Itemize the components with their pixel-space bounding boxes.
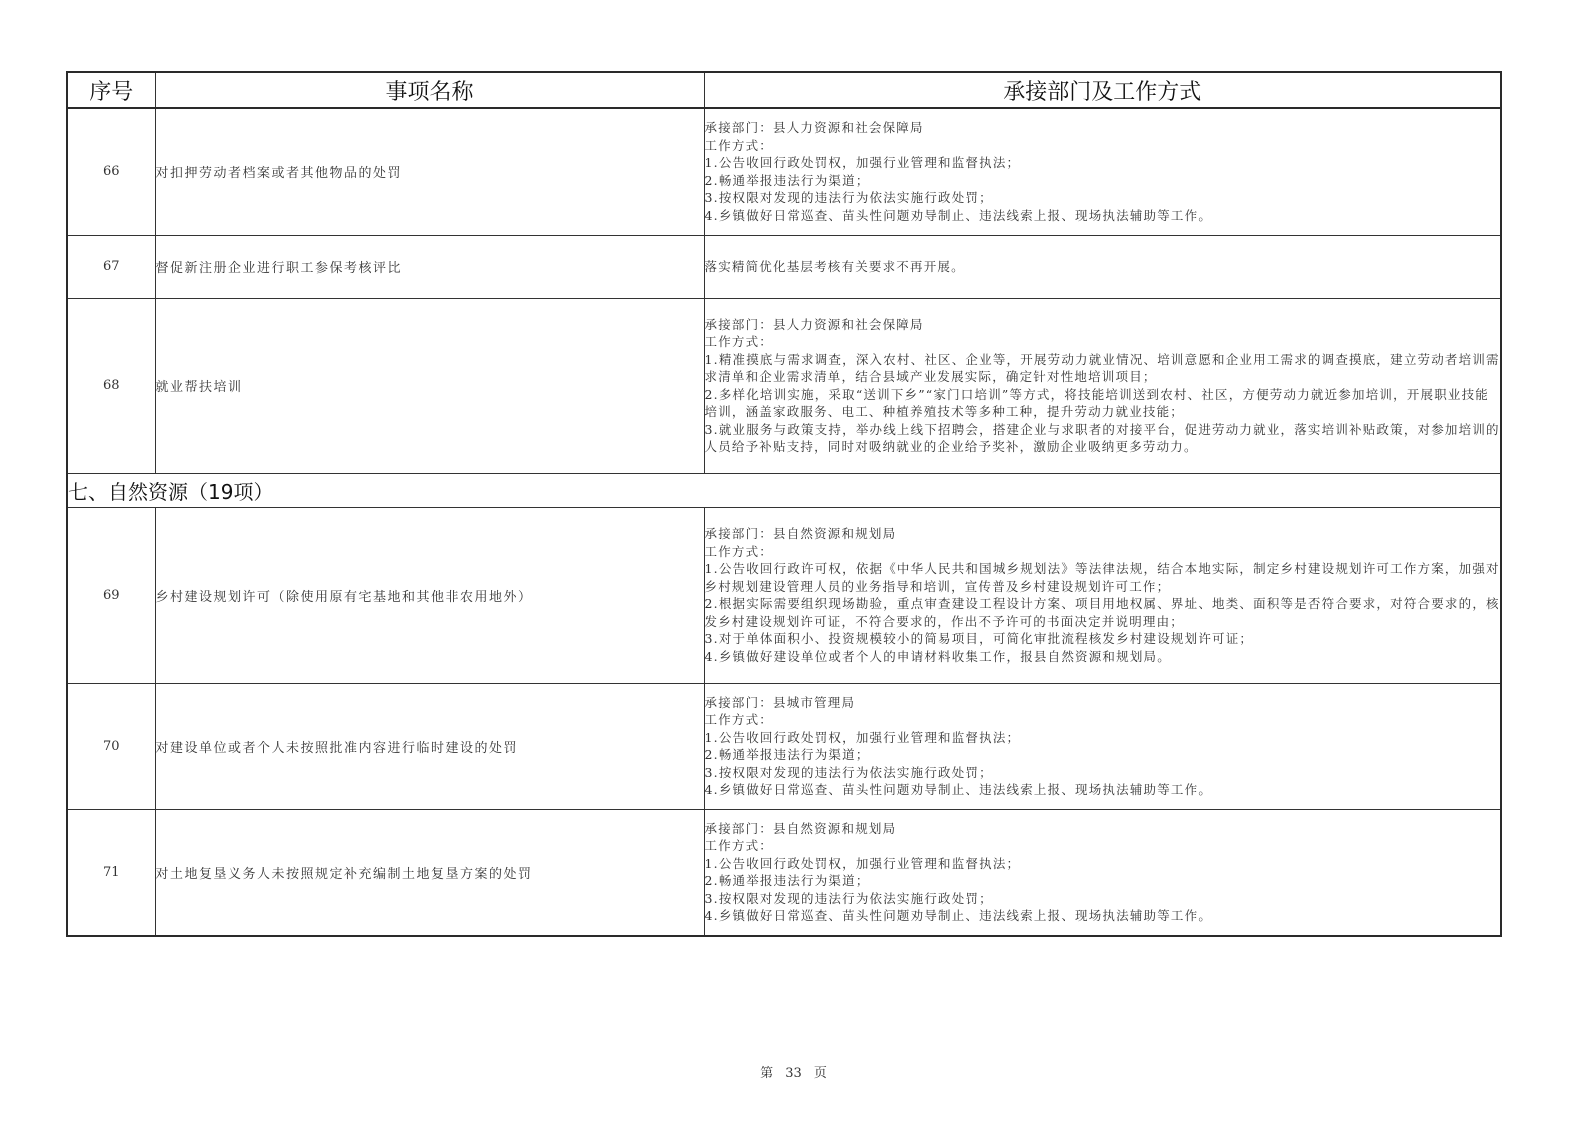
- method-line: 工作方式：: [705, 137, 1501, 155]
- method-line: 工作方式：: [705, 711, 1501, 729]
- method-line: 2.畅通举报违法行为渠道；: [705, 872, 1501, 890]
- method-line: 承接部门：县自然资源和规划局: [705, 820, 1501, 838]
- page-footer: 第 33 页: [0, 1062, 1587, 1081]
- header-department-method: 承接部门及工作方式: [704, 72, 1501, 108]
- method-line: 1.精准摸底与需求调查，深入农村、社区、企业等，开展劳动力就业情况、培训意愿和企…: [705, 351, 1501, 386]
- row-method: 落实精简优化基层考核有关要求不再开展。: [704, 235, 1501, 298]
- row-number: 69: [67, 507, 155, 683]
- method-line: 工作方式：: [705, 837, 1501, 855]
- method-line: 4.乡镇做好日常巡查、苗头性问题劝导制止、违法线索上报、现场执法辅助等工作。: [705, 907, 1501, 925]
- row-method: 承接部门：县人力资源和社会保障局 工作方式： 1.公告收回行政处罚权，加强行业管…: [704, 108, 1501, 235]
- table-row: 68 就业帮扶培训 承接部门：县人力资源和社会保障局 工作方式： 1.精准摸底与…: [67, 298, 1501, 473]
- table-row: 67 督促新注册企业进行职工参保考核评比 落实精简优化基层考核有关要求不再开展。: [67, 235, 1501, 298]
- table-row: 70 对建设单位或者个人未按照批准内容进行临时建设的处罚 承接部门：县城市管理局…: [67, 683, 1501, 809]
- page-number: 33: [785, 1066, 802, 1081]
- method-line: 3.按权限对发现的违法行为依法实施行政处罚；: [705, 764, 1501, 782]
- method-line: 2.畅通举报违法行为渠道；: [705, 746, 1501, 764]
- method-line: 3.按权限对发现的违法行为依法实施行政处罚；: [705, 189, 1501, 207]
- method-line: 承接部门：县自然资源和规划局: [705, 525, 1501, 543]
- row-item-name: 对建设单位或者个人未按照批准内容进行临时建设的处罚: [155, 683, 704, 809]
- method-line: 2.根据实际需要组织现场勘验，重点审查建设工程设计方案、项目用地权属、界址、地类…: [705, 595, 1501, 630]
- header-number: 序号: [67, 72, 155, 108]
- table-row: 66 对扣押劳动者档案或者其他物品的处罚 承接部门：县人力资源和社会保障局 工作…: [67, 108, 1501, 235]
- method-line: 1.公告收回行政处罚权，加强行业管理和监督执法；: [705, 729, 1501, 747]
- method-line: 承接部门：县人力资源和社会保障局: [705, 316, 1501, 334]
- method-line: 3.按权限对发现的违法行为依法实施行政处罚；: [705, 890, 1501, 908]
- document-page: 序号 事项名称 承接部门及工作方式 66 对扣押劳动者档案或者其他物品的处罚 承…: [0, 0, 1587, 1122]
- method-line: 3.就业服务与政策支持，举办线上线下招聘会，搭建企业与求职者的对接平台，促进劳动…: [705, 421, 1501, 456]
- row-number: 71: [67, 809, 155, 936]
- row-item-name: 就业帮扶培训: [155, 298, 704, 473]
- method-line: 工作方式：: [705, 543, 1501, 561]
- row-number: 68: [67, 298, 155, 473]
- method-line: 工作方式：: [705, 333, 1501, 351]
- method-line: 承接部门：县城市管理局: [705, 694, 1501, 712]
- method-line: 1.公告收回行政处罚权，加强行业管理和监督执法；: [705, 154, 1501, 172]
- row-item-name: 对扣押劳动者档案或者其他物品的处罚: [155, 108, 704, 235]
- row-item-name: 对土地复垦义务人未按照规定补充编制土地复垦方案的处罚: [155, 809, 704, 936]
- row-number: 70: [67, 683, 155, 809]
- header-item-name: 事项名称: [155, 72, 704, 108]
- page-suffix: 页: [814, 1066, 827, 1081]
- item-table: 序号 事项名称 承接部门及工作方式 66 对扣押劳动者档案或者其他物品的处罚 承…: [66, 71, 1502, 937]
- page-prefix: 第: [760, 1066, 773, 1081]
- method-line: 4.乡镇做好日常巡查、苗头性问题劝导制止、违法线索上报、现场执法辅助等工作。: [705, 781, 1501, 799]
- table-row: 71 对土地复垦义务人未按照规定补充编制土地复垦方案的处罚 承接部门：县自然资源…: [67, 809, 1501, 936]
- row-method: 承接部门：县城市管理局 工作方式： 1.公告收回行政处罚权，加强行业管理和监督执…: [704, 683, 1501, 809]
- section-row: 七、自然资源（19项）: [67, 473, 1501, 507]
- method-line: 1.公告收回行政许可权，依据《中华人民共和国城乡规划法》等法律法规，结合本地实际…: [705, 560, 1501, 595]
- table-row: 69 乡村建设规划许可（除使用原有宅基地和其他非农用地外） 承接部门：县自然资源…: [67, 507, 1501, 683]
- row-item-name: 督促新注册企业进行职工参保考核评比: [155, 235, 704, 298]
- section-title: 七、自然资源（19项）: [67, 473, 1501, 507]
- method-line: 2.多样化培训实施，采取“送训下乡”“家门口培训”等方式，将技能培训送到农村、社…: [705, 386, 1501, 421]
- row-method: 承接部门：县自然资源和规划局 工作方式： 1.公告收回行政许可权，依据《中华人民…: [704, 507, 1501, 683]
- row-method: 承接部门：县自然资源和规划局 工作方式： 1.公告收回行政处罚权，加强行业管理和…: [704, 809, 1501, 936]
- row-number: 67: [67, 235, 155, 298]
- method-line: 1.公告收回行政处罚权，加强行业管理和监督执法；: [705, 855, 1501, 873]
- method-line: 2.畅通举报违法行为渠道；: [705, 172, 1501, 190]
- method-line: 3.对于单体面积小、投资规模较小的简易项目，可简化审批流程核发乡村建设规划许可证…: [705, 630, 1501, 648]
- row-method: 承接部门：县人力资源和社会保障局 工作方式： 1.精准摸底与需求调查，深入农村、…: [704, 298, 1501, 473]
- method-line: 4.乡镇做好建设单位或者个人的申请材料收集工作，报县自然资源和规划局。: [705, 648, 1501, 666]
- method-line: 承接部门：县人力资源和社会保障局: [705, 119, 1501, 137]
- table-header-row: 序号 事项名称 承接部门及工作方式: [67, 72, 1501, 108]
- method-line: 落实精简优化基层考核有关要求不再开展。: [705, 258, 1501, 276]
- method-line: 4.乡镇做好日常巡查、苗头性问题劝导制止、违法线索上报、现场执法辅助等工作。: [705, 207, 1501, 225]
- row-number: 66: [67, 108, 155, 235]
- row-item-name: 乡村建设规划许可（除使用原有宅基地和其他非农用地外）: [155, 507, 704, 683]
